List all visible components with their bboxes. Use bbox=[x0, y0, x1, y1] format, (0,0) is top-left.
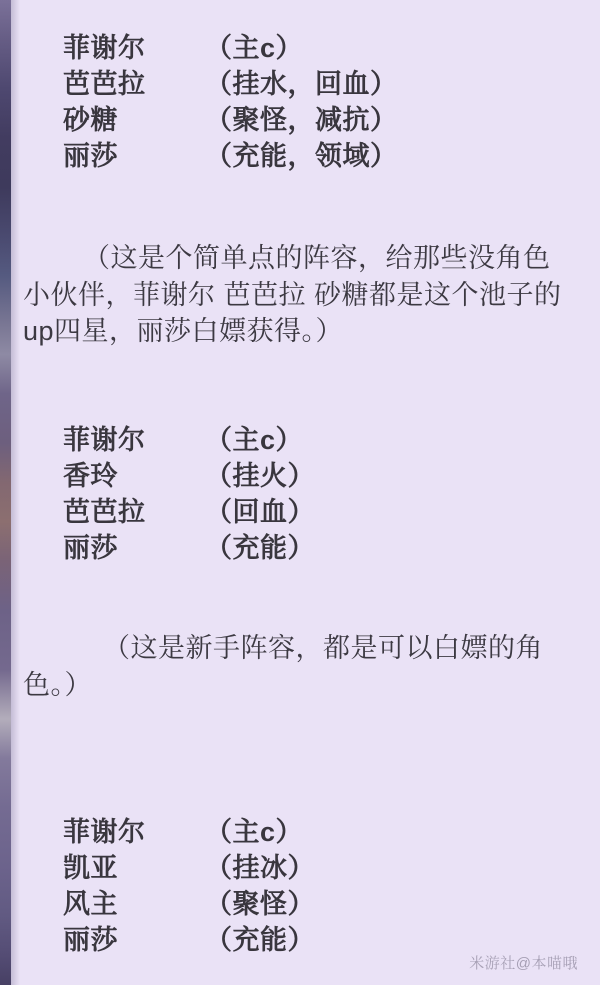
character-name: 风主 bbox=[63, 886, 205, 922]
roster-row: 菲谢尔 （主c） bbox=[11, 814, 600, 850]
character-role: （挂火） bbox=[205, 458, 315, 494]
character-name: 凯亚 bbox=[63, 850, 205, 886]
character-name: 砂糖 bbox=[63, 102, 205, 138]
roster-row: 香玲 （挂火） bbox=[11, 458, 600, 494]
roster-row: 菲谢尔 （主c） bbox=[11, 422, 600, 458]
character-role: （挂冰） bbox=[205, 850, 315, 886]
background-image-edge bbox=[0, 0, 11, 985]
character-name: 香玲 bbox=[63, 458, 205, 494]
roster-row: 丽莎 （充能） bbox=[11, 530, 600, 566]
roster-row: 丽莎 （充能，领域） bbox=[11, 138, 600, 174]
character-role: （主c） bbox=[205, 814, 303, 850]
character-role: （主c） bbox=[205, 30, 303, 66]
character-name: 芭芭拉 bbox=[63, 494, 205, 530]
character-role: （主c） bbox=[205, 422, 303, 458]
team-roster-3: 菲谢尔 （主c） 凯亚 （挂冰） 风主 （聚怪） 丽莎 （充能） bbox=[11, 814, 600, 958]
character-name: 菲谢尔 bbox=[63, 422, 205, 458]
character-name: 芭芭拉 bbox=[63, 66, 205, 102]
character-name: 菲谢尔 bbox=[63, 30, 205, 66]
roster-row: 凯亚 （挂冰） bbox=[11, 850, 600, 886]
roster-row: 风主 （聚怪） bbox=[11, 886, 600, 922]
character-role: （充能） bbox=[205, 530, 315, 566]
character-role: （回血） bbox=[205, 494, 315, 530]
team-roster-2: 菲谢尔 （主c） 香玲 （挂火） 芭芭拉 （回血） 丽莎 （充能） bbox=[11, 422, 600, 566]
character-name: 丽莎 bbox=[63, 922, 205, 958]
character-role: （聚怪，减抗） bbox=[205, 102, 398, 138]
roster-row: 芭芭拉 （回血） bbox=[11, 494, 600, 530]
watermark: 米游社@本喵哦 bbox=[469, 952, 578, 973]
post-screenshot: 菲谢尔 （主c） 芭芭拉 （挂水，回血） 砂糖 （聚怪，减抗） 丽莎 （充能，领… bbox=[0, 0, 600, 985]
character-name: 丽莎 bbox=[63, 138, 205, 174]
character-name: 丽莎 bbox=[63, 530, 205, 566]
character-name: 菲谢尔 bbox=[63, 814, 205, 850]
roster-row: 砂糖 （聚怪，减抗） bbox=[11, 102, 600, 138]
character-role: （充能，领域） bbox=[205, 138, 398, 174]
team-roster-1: 菲谢尔 （主c） 芭芭拉 （挂水，回血） 砂糖 （聚怪，减抗） 丽莎 （充能，领… bbox=[11, 30, 600, 174]
content-area: 菲谢尔 （主c） 芭芭拉 （挂水，回血） 砂糖 （聚怪，减抗） 丽莎 （充能，领… bbox=[11, 0, 600, 985]
character-role: （聚怪） bbox=[205, 886, 315, 922]
roster-row: 菲谢尔 （主c） bbox=[11, 30, 600, 66]
note-paragraph-1: （这是个简单点的阵容，给那些没角色小伙伴，菲谢尔 芭芭拉 砂糖都是这个池子的up… bbox=[23, 240, 574, 350]
roster-row: 芭芭拉 （挂水，回血） bbox=[11, 66, 600, 102]
character-role: （充能） bbox=[205, 922, 315, 958]
note-paragraph-2: （这是新手阵容，都是可以白嫖的角色。） bbox=[23, 630, 574, 703]
character-role: （挂水，回血） bbox=[205, 66, 398, 102]
